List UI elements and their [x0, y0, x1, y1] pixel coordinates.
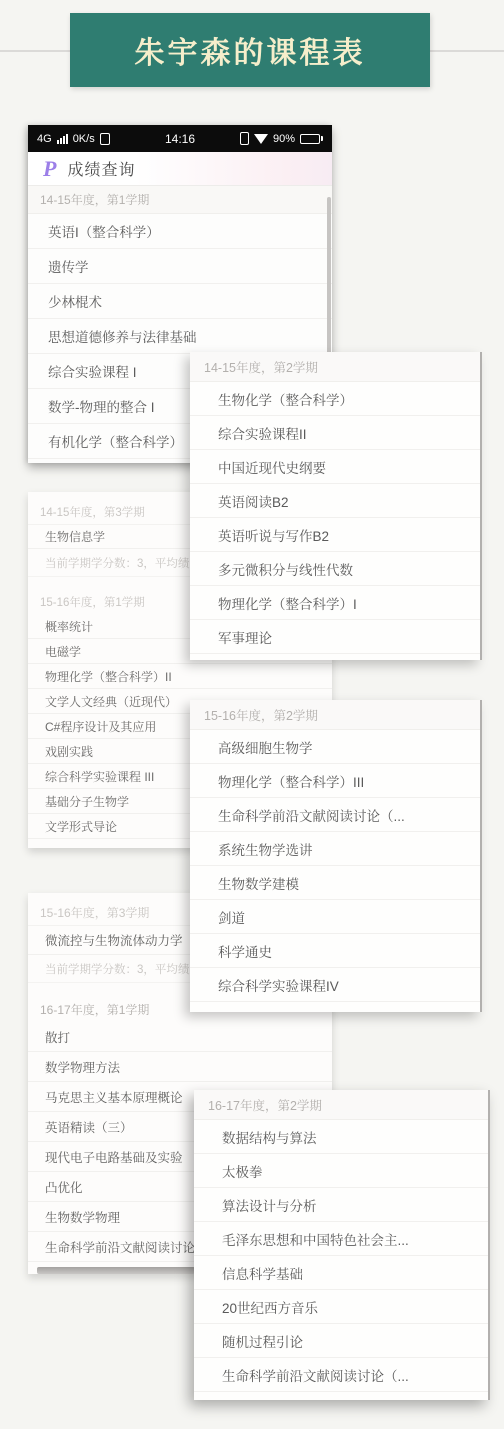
semester-header-14-15-1: 14-15年度，第1学期 — [28, 186, 332, 214]
course-row[interactable]: 军事理论 — [190, 620, 480, 654]
phone-screenshot-15-16-2: 15-16年度，第2学期 高级细胞生物学物理化学（整合科学）III生命科学前沿文… — [190, 700, 482, 1012]
course-row[interactable]: 散打 — [28, 1022, 332, 1052]
title-banner: 朱宇森的课程表 — [70, 13, 430, 87]
course-row[interactable]: 系统生物学选讲 — [190, 832, 480, 866]
course-row[interactable]: 综合实验课程II — [190, 416, 480, 450]
course-row[interactable]: 数据结构与算法 — [194, 1120, 488, 1154]
course-list-14-15-2: 生物化学（整合科学）综合实验课程II中国近现代史纲要英语阅读B2英语听说与写作B… — [190, 382, 480, 654]
semester-header-14-15-2: 14-15年度，第2学期 — [190, 352, 480, 382]
screenshot-edge-shadow — [37, 1267, 195, 1274]
course-row[interactable]: 生物化学（整合科学） — [190, 382, 480, 416]
course-row[interactable]: 20世纪西方音乐 — [194, 1290, 488, 1324]
course-row[interactable]: 高级细胞生物学 — [190, 730, 480, 764]
course-row[interactable]: 信息科学基础 — [194, 1256, 488, 1290]
course-row[interactable]: 剑道 — [190, 900, 480, 934]
course-row[interactable]: 生命科学前沿文献阅读讨论（... — [194, 1358, 488, 1392]
app-header: P 成绩查询 — [28, 152, 332, 186]
course-row[interactable]: 随机过程引论 — [194, 1324, 488, 1358]
course-row[interactable]: 生命科学前沿文献阅读讨论（... — [190, 798, 480, 832]
app-title: 成绩查询 — [67, 157, 135, 180]
phone-screenshot-14-15-2: 14-15年度，第2学期 生物化学（整合科学）综合实验课程II中国近现代史纲要英… — [190, 352, 482, 660]
course-row[interactable]: 中国近现代史纲要 — [190, 450, 480, 484]
course-row[interactable]: 综合科学实验课程IV — [190, 968, 480, 1002]
status-bar: 4G 0K/s 14:16 90% — [28, 125, 332, 152]
course-row[interactable]: 算法设计与分析 — [194, 1188, 488, 1222]
course-row[interactable]: 少林棍术 — [28, 284, 332, 319]
course-row[interactable]: 物理化学（整合科学）III — [190, 764, 480, 798]
course-list-15-16-2: 高级细胞生物学物理化学（整合科学）III生命科学前沿文献阅读讨论（...系统生物… — [190, 730, 480, 1002]
course-list-16-17-2: 数据结构与算法太极拳算法设计与分析毛泽东思想和中国特色社会主...信息科学基础2… — [194, 1120, 488, 1392]
semester-header-15-16-2: 15-16年度，第2学期 — [190, 700, 480, 730]
course-row[interactable]: 英语I（整合科学） — [28, 214, 332, 249]
phone-screenshot-16-17-2: 16-17年度，第2学期 数据结构与算法太极拳算法设计与分析毛泽东思想和中国特色… — [194, 1090, 490, 1400]
app-logo: P — [43, 158, 56, 180]
course-row[interactable]: 思想道德修养与法律基础 — [28, 319, 332, 354]
page-title: 朱宇森的课程表 — [135, 28, 366, 72]
course-row[interactable]: 物理化学（整合科学）I — [190, 586, 480, 620]
course-row[interactable]: 物理化学（整合科学）II — [28, 664, 332, 689]
course-row[interactable]: 科学通史 — [190, 934, 480, 968]
course-row[interactable]: 英语听说与写作B2 — [190, 518, 480, 552]
semester-header-16-17-2: 16-17年度，第2学期 — [194, 1090, 488, 1120]
course-row[interactable]: 生物数学建模 — [190, 866, 480, 900]
course-row[interactable]: 遗传学 — [28, 249, 332, 284]
course-row[interactable]: 数学物理方法 — [28, 1052, 332, 1082]
course-row[interactable]: 英语阅读B2 — [190, 484, 480, 518]
course-row[interactable]: 多元微积分与线性代数 — [190, 552, 480, 586]
course-row[interactable]: 毛泽东思想和中国特色社会主... — [194, 1222, 488, 1256]
course-row[interactable]: 太极拳 — [194, 1154, 488, 1188]
clock-label: 14:16 — [28, 132, 332, 146]
